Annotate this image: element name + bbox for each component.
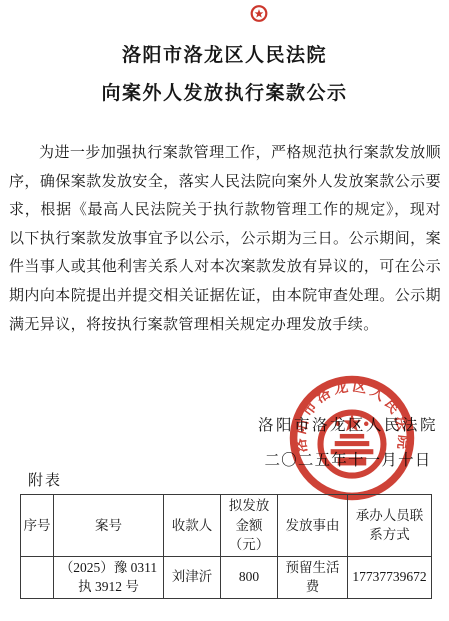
payout-table-header-row: 序号 案号 收款人 拟发放金额（元） 发放事由 承办人员联系方式 (21, 495, 432, 557)
mini-seal-icon (250, 4, 268, 23)
cell-payee: 刘津沂 (164, 556, 221, 598)
cell-case-no: （2025）豫 0311 执 3912 号 (54, 556, 164, 598)
cell-reason: 预留生活费 (278, 556, 348, 598)
col-header-case-no: 案号 (54, 495, 164, 557)
payout-table-data-row: （2025）豫 0311 执 3912 号 刘津沂 800 预留生活费 1773… (21, 556, 432, 598)
attachment-label: 附表 (28, 469, 62, 490)
page-title-subject: 向案外人发放执行案款公示 (0, 78, 449, 105)
payout-table: 序号 案号 收款人 拟发放金额（元） 发放事由 承办人员联系方式 （2025）豫… (20, 494, 432, 599)
notice-body-text: 为进一步加强执行案款管理工作，严格规范执行案款发放顺序，确保案款发放安全，落实人… (9, 139, 441, 339)
col-header-serial: 序号 (21, 495, 54, 557)
page-title-court: 洛阳市洛龙区人民法院 (0, 40, 449, 67)
cell-contact: 17737739672 (348, 556, 432, 598)
court-notice-page: 洛阳市洛龙区人民法院 向案外人发放执行案款公示 为进一步加强执行案款管理工作，严… (0, 0, 449, 621)
cell-serial (21, 556, 54, 598)
court-seal-stamp: 洛阳市洛龙区人民法院 (289, 375, 415, 501)
cell-amount: 800 (221, 556, 278, 598)
national-emblem-icon (321, 413, 384, 476)
col-header-contact: 承办人员联系方式 (348, 495, 432, 557)
col-header-payee: 收款人 (164, 495, 221, 557)
col-header-reason: 发放事由 (278, 495, 348, 557)
col-header-amount: 拟发放金额（元） (221, 495, 278, 557)
